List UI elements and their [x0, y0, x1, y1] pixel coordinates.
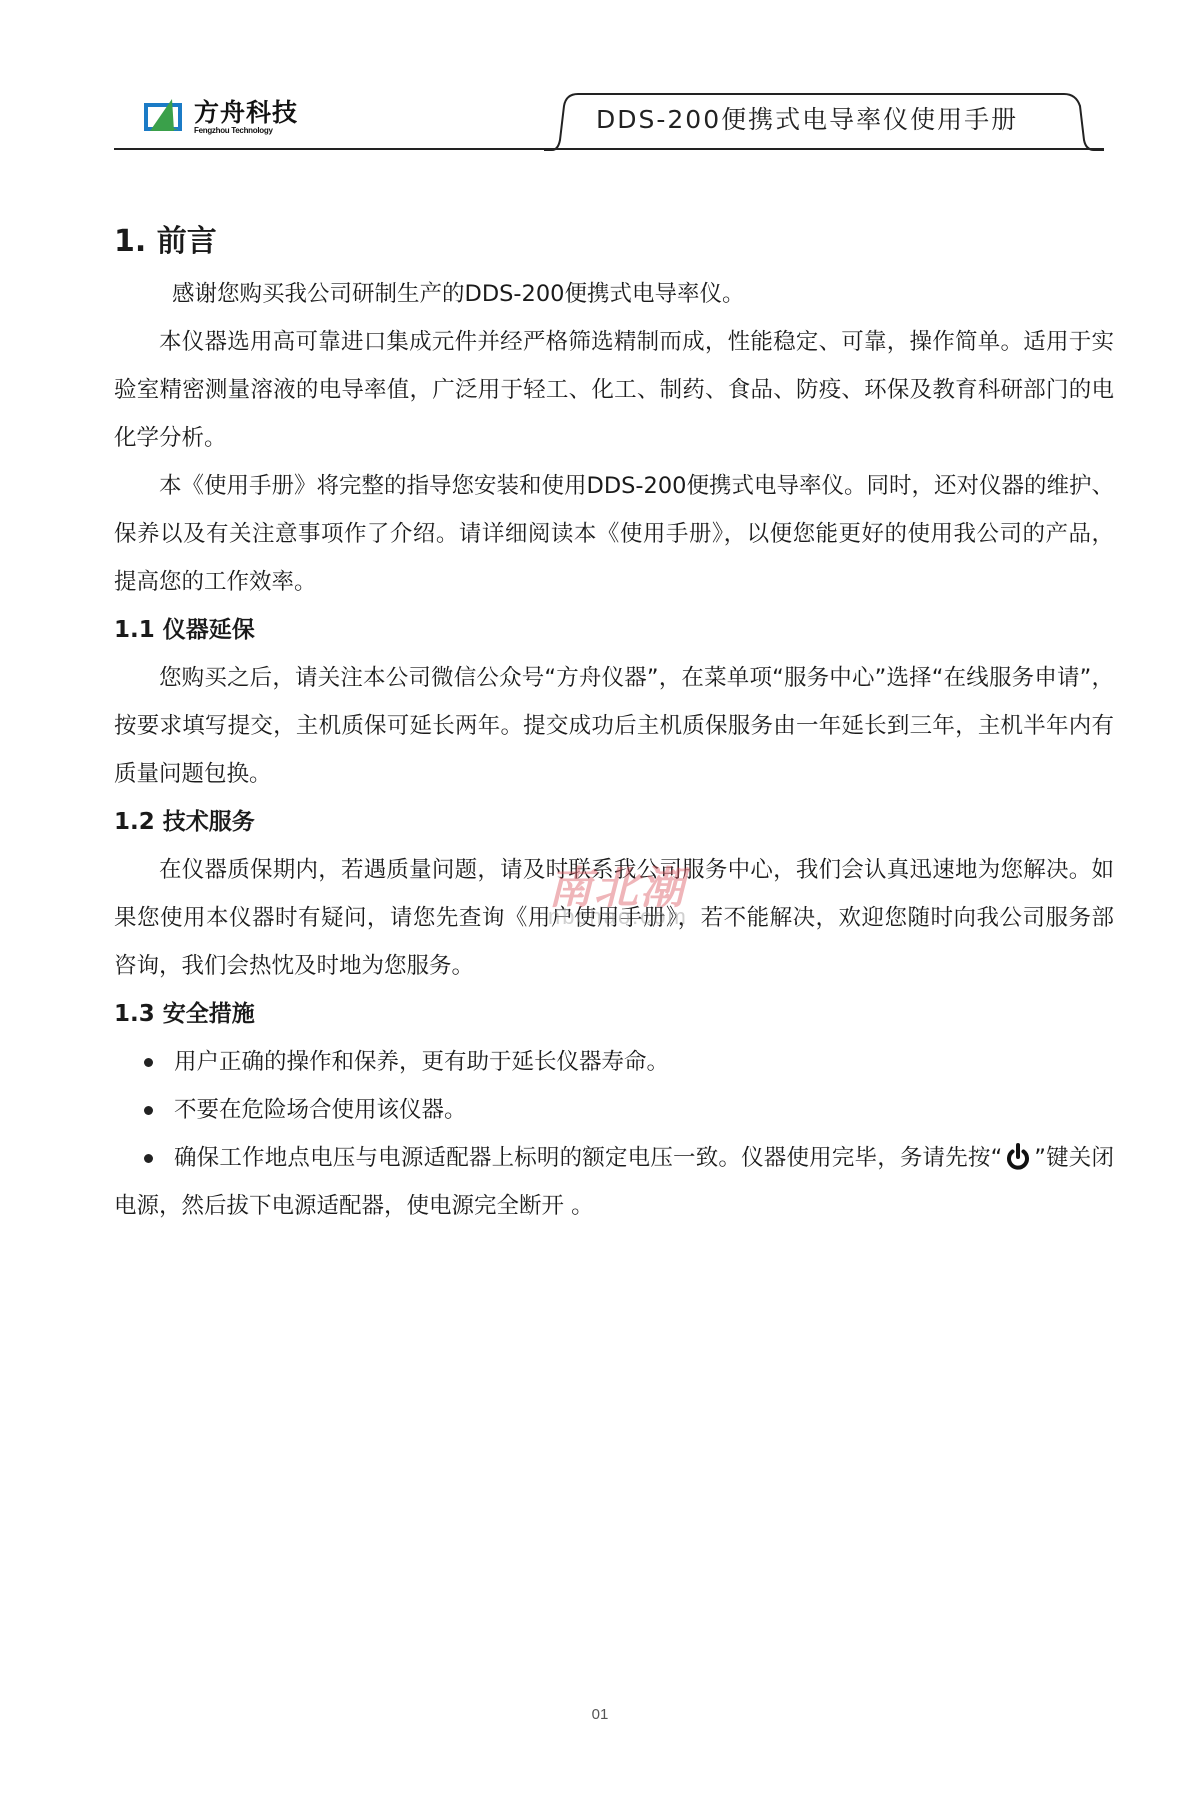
intro-paragraph-2: 本仪器选用高可靠进口集成元件并经严格筛选精制而成，性能稳定、可靠，操作简单。适用…	[114, 318, 1114, 462]
warranty-paragraph: 您购买之后，请关注本公司微信公众号“方舟仪器”，在菜单项“服务中心”选择“在线服…	[114, 654, 1114, 798]
document-body: 1. 前言 感谢您购买我公司研制生产的DDS-200便携式电导率仪。 本仪器选用…	[114, 214, 1114, 1230]
service-paragraph: 在仪器质保期内，若遇质量问题，请及时联系我公司服务中心，我们会认真迅速地为您解决…	[114, 846, 1114, 990]
logo-sail-icon	[144, 99, 188, 135]
header-divider	[114, 148, 1104, 150]
section-heading-intro: 1. 前言	[114, 214, 1114, 270]
safety-item: 用户正确的操作和保养，更有助于延长仪器寿命。	[114, 1038, 1114, 1086]
safety-item: 确保工作地点电压与电源适配器上标明的额定电压一致。仪器使用完毕，务请先按“”键关…	[114, 1134, 1114, 1230]
bullet-icon	[144, 1154, 153, 1163]
page-header: 方舟科技 Fengzhou Technology DDS-200便携式电导率仪使…	[114, 86, 1104, 150]
manual-title-tab: DDS-200便携式电导率仪使用手册	[544, 88, 1104, 150]
power-icon	[1004, 1140, 1032, 1168]
safety-list: 用户正确的操作和保养，更有助于延长仪器寿命。 不要在危险场合使用该仪器。 确保工…	[114, 1038, 1114, 1230]
page-number: 01	[0, 1706, 1200, 1723]
safety-item: 不要在危险场合使用该仪器。	[114, 1086, 1114, 1134]
section-heading-warranty: 1.1 仪器延保	[114, 606, 1114, 654]
bullet-icon	[144, 1106, 153, 1115]
company-name-cn: 方舟科技	[194, 100, 298, 125]
bullet-icon	[144, 1058, 153, 1067]
manual-title: DDS-200便携式电导率仪使用手册	[596, 100, 1018, 136]
section-heading-safety: 1.3 安全措施	[114, 990, 1114, 1038]
intro-paragraph-3: 本《使用手册》将完整的指导您安装和使用DDS-200便携式电导率仪。同时，还对仪…	[114, 462, 1114, 606]
intro-paragraph-1: 感谢您购买我公司研制生产的DDS-200便携式电导率仪。	[114, 270, 1114, 318]
section-heading-service: 1.2 技术服务	[114, 798, 1114, 846]
company-logo: 方舟科技 Fengzhou Technology	[144, 96, 298, 138]
company-name-en: Fengzhou Technology	[194, 127, 298, 135]
